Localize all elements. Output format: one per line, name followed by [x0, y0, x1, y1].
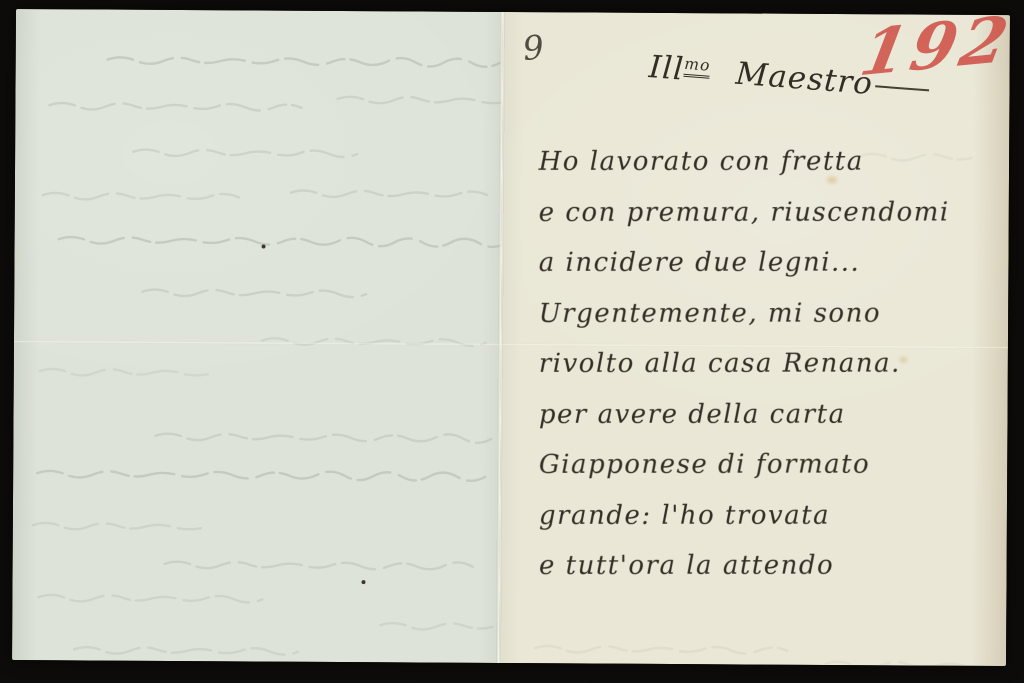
handwritten-line: Giapponese di formato [539, 442, 1009, 493]
handwritten-line: Ho lavorato con fretta [539, 139, 1009, 190]
salutation-abbr: Ill [648, 49, 686, 88]
letter-body: Ho lavorato con fretta e con premura, ri… [539, 139, 1009, 594]
handwritten-line: grande: l'ho trovata [539, 493, 1009, 544]
salutation-superscript: mo [683, 54, 711, 78]
handwritten-line: per avere della carta [539, 392, 1009, 443]
blank-verso-page [12, 9, 503, 663]
handwritten-line: a incidere due legni... [539, 240, 1009, 291]
handwritten-line: rivolto alla casa Renana. [539, 341, 1009, 392]
scan-frame: 9 1920 IllmoMaestro Ho lavorato con fret… [0, 0, 1024, 683]
salutation-gap [709, 82, 735, 84]
handwritten-line: e con premura, riuscendomi [539, 190, 1009, 241]
pen-flourish [875, 85, 929, 91]
letter-recto-page: 9 1920 IllmoMaestro Ho lavorato con fret… [499, 12, 1010, 666]
letter-spread: 9 1920 IllmoMaestro Ho lavorato con fret… [12, 9, 1010, 666]
bleedthrough-texture [12, 9, 503, 663]
handwritten-line: e tutt'ora la attendo [539, 543, 1009, 594]
paper-speck [262, 245, 266, 249]
paper-speck [361, 580, 365, 584]
page-number: 9 [521, 27, 546, 68]
handwritten-line: Urgentemente, mi sono [539, 291, 1009, 342]
